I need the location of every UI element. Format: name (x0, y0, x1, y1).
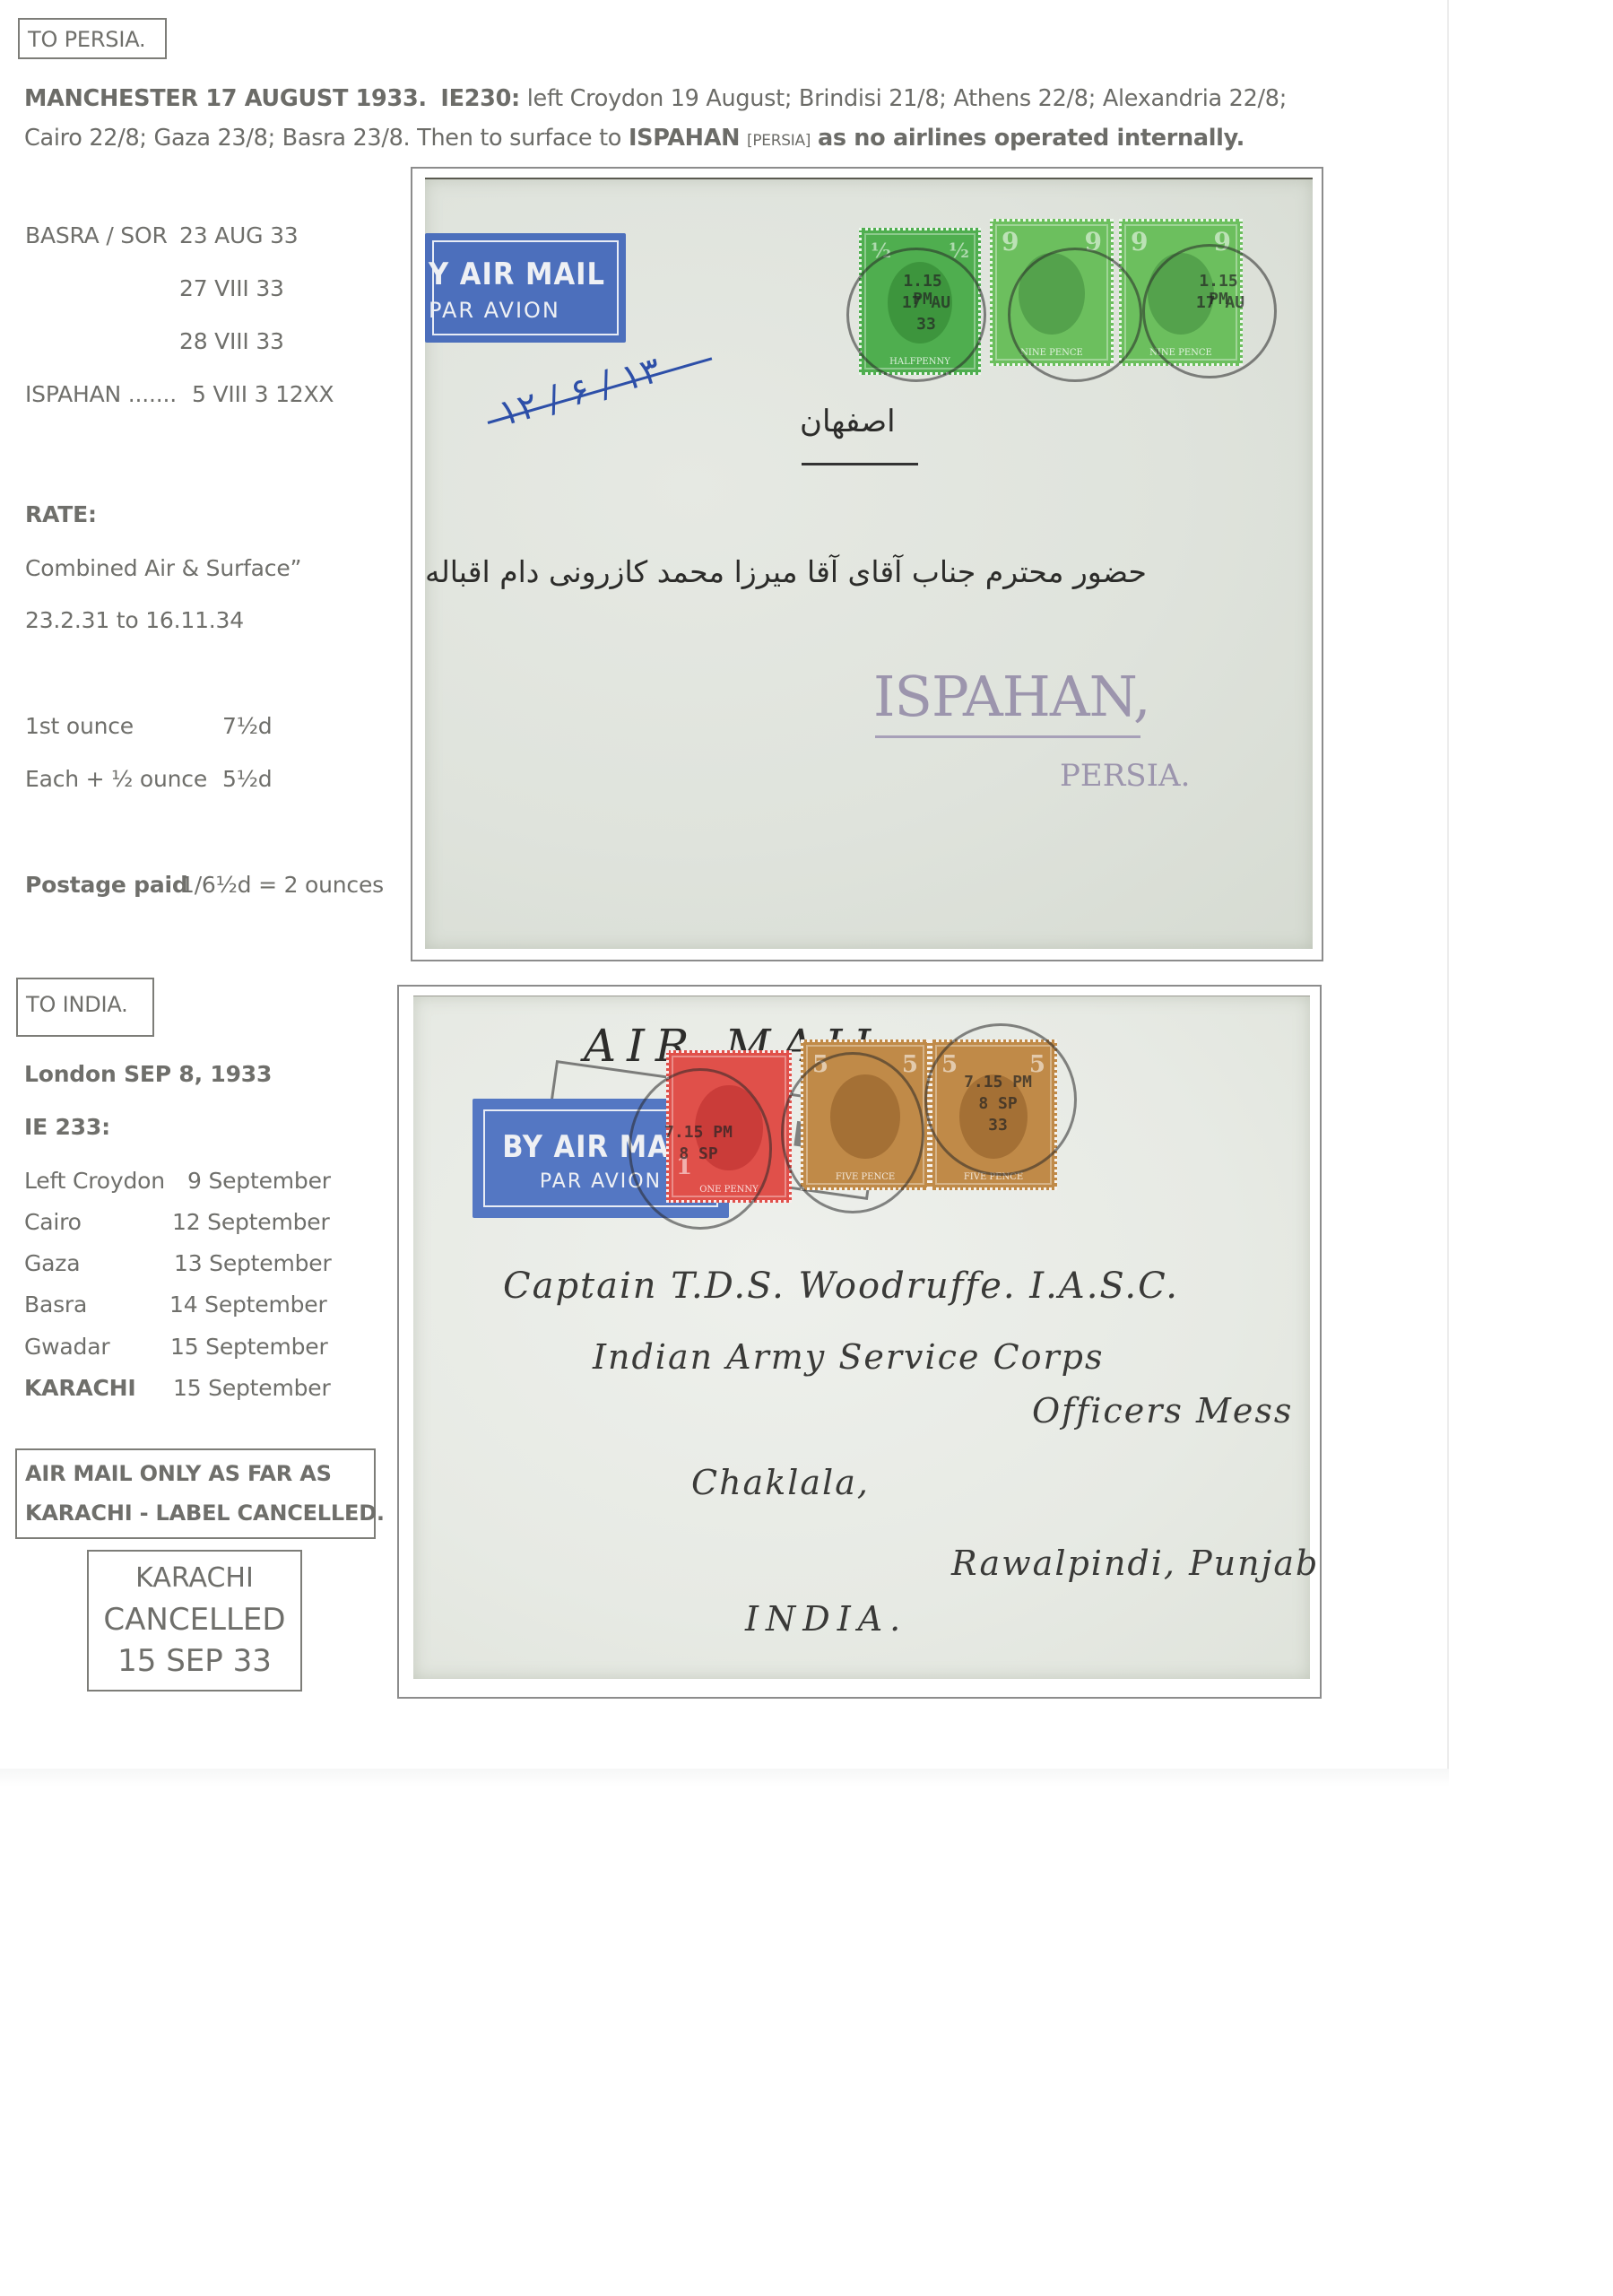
section-heading-india: TO INDIA. (16, 978, 154, 1037)
route-date: 14 September (169, 1291, 327, 1318)
address-line: Chaklala, (691, 1463, 870, 1502)
intro-flight: IE230: (440, 85, 520, 112)
cover-frame-india: AIR MAIL CANCELLED BY AIR MAIL PAR AVION… (397, 985, 1322, 1699)
airmail-label-line2: PAR AVION (429, 298, 626, 323)
postmark-date: 8 SP (663, 1145, 734, 1163)
backstamp-date: 23 AUG 33 (179, 222, 299, 248)
route-date: 15 September (170, 1334, 328, 1360)
manuscript-date: ۱۳ / ۶ / ۱۲ (494, 349, 665, 434)
envelope-persia: Y AIR MAIL PAR AVION ½ ½ HALFPENNY 9 9 N… (425, 178, 1313, 949)
city-persian: اصفهان (800, 404, 896, 439)
backstamp-place: BASRA / SOR (25, 222, 168, 248)
backstamp-date: 5 VIII 3 12XX (192, 381, 334, 407)
envelope-india: AIR MAIL CANCELLED BY AIR MAIL PAR AVION… (413, 996, 1310, 1679)
airmail-label-line1: Y AIR MAIL (429, 257, 626, 292)
route-date: 13 September (174, 1250, 332, 1276)
route-place: Basra (24, 1291, 87, 1318)
rate-label: 1st ounce (25, 713, 134, 739)
handstamp-ispahan: ISPAHAN, (873, 664, 1150, 729)
handstamp-underline (875, 735, 1140, 738)
rate-label: Each + ½ ounce (25, 766, 207, 792)
postmark-manchester (1008, 248, 1142, 382)
intro-country: [PERSIA] (747, 132, 811, 150)
cover-frame-persia: Y AIR MAIL PAR AVION ½ ½ HALFPENNY 9 9 N… (411, 167, 1323, 961)
backstamp-date: 27 VIII 33 (179, 275, 284, 301)
intro-origin: MANCHESTER 17 AUGUST 1933. (24, 85, 427, 112)
airmail-label: Y AIR MAIL PAR AVION (425, 233, 626, 343)
postmark-london (781, 1052, 924, 1213)
rate-value: 7½d (222, 713, 272, 739)
city-underline (802, 463, 918, 465)
section-heading-persia: TO PERSIA. (18, 18, 167, 59)
note-line2: KARACHI - LABEL CANCELLED. (25, 1500, 385, 1526)
route-place: Cairo (24, 1209, 82, 1235)
album-leaf-edge (1447, 0, 1449, 1769)
cancel-line: KARACHI (89, 1562, 300, 1594)
address-line: INDIA. (745, 1599, 907, 1639)
airmail-note-box: AIR MAIL ONLY AS FAR AS KARACHI - LABEL … (15, 1448, 376, 1539)
postmark-year: 33 (895, 316, 958, 334)
address-persian: حضور محترم جناب آقای آقا میرزا محمد کازر… (425, 554, 1236, 589)
rate-value: 5½d (222, 766, 272, 792)
route-date: 12 September (172, 1209, 330, 1235)
india-flight: IE 233: (24, 1114, 110, 1140)
address-line: Rawalpindi, Punjab (951, 1544, 1319, 1583)
address-line: Indian Army Service Corps (593, 1337, 1104, 1377)
route-place: Left Croydon (24, 1168, 165, 1194)
heading-text: TO PERSIA. (28, 27, 145, 52)
rate-period: 23.2.31 to 16.11.34 (25, 607, 244, 633)
route-place-final: KARACHI (24, 1375, 136, 1401)
handstamp-persia: PERSIA. (1060, 758, 1190, 794)
postage-paid-value: 1/6½d = 2 ounces (180, 872, 384, 898)
cancel-line: CANCELLED (89, 1602, 300, 1638)
persia-intro-paragraph: MANCHESTER 17 AUGUST 1933. IE230: left C… (24, 79, 1333, 161)
india-origin: London SEP 8, 1933 (24, 1061, 272, 1087)
postmark-date: 17 AU (895, 294, 958, 312)
address-line: Captain T.D.S. Woodruffe. I.A.S.C. (503, 1265, 1179, 1307)
route-date: 9 September (187, 1168, 331, 1194)
address-line: Officers Mess (1032, 1391, 1293, 1431)
postage-paid-label: Postage paid (25, 872, 188, 898)
route-date: 15 September (173, 1375, 331, 1401)
intro-note: as no airlines operated internally. (818, 125, 1244, 152)
heading-text: TO INDIA. (26, 992, 128, 1017)
karachi-cancel-box: KARACHI CANCELLED 15 SEP 33 (87, 1550, 302, 1692)
backstamp-place: ISPAHAN ....... (25, 381, 177, 407)
rate-heading: RATE: (25, 501, 97, 527)
backstamp-date: 28 VIII 33 (179, 328, 284, 354)
route-place: Gwadar (24, 1334, 109, 1360)
postmark-time: 7.15 PM (663, 1124, 734, 1142)
intro-destination: ISPAHAN (629, 125, 740, 152)
cancel-line: 15 SEP 33 (89, 1643, 300, 1679)
note-line1: AIR MAIL ONLY AS FAR AS (25, 1461, 332, 1486)
album-leaf-bottom (0, 1769, 1449, 1787)
route-place: Gaza (24, 1250, 80, 1276)
rate-description: Combined Air & Surface” (25, 555, 301, 581)
postmark-year: 33 (962, 1117, 1034, 1135)
